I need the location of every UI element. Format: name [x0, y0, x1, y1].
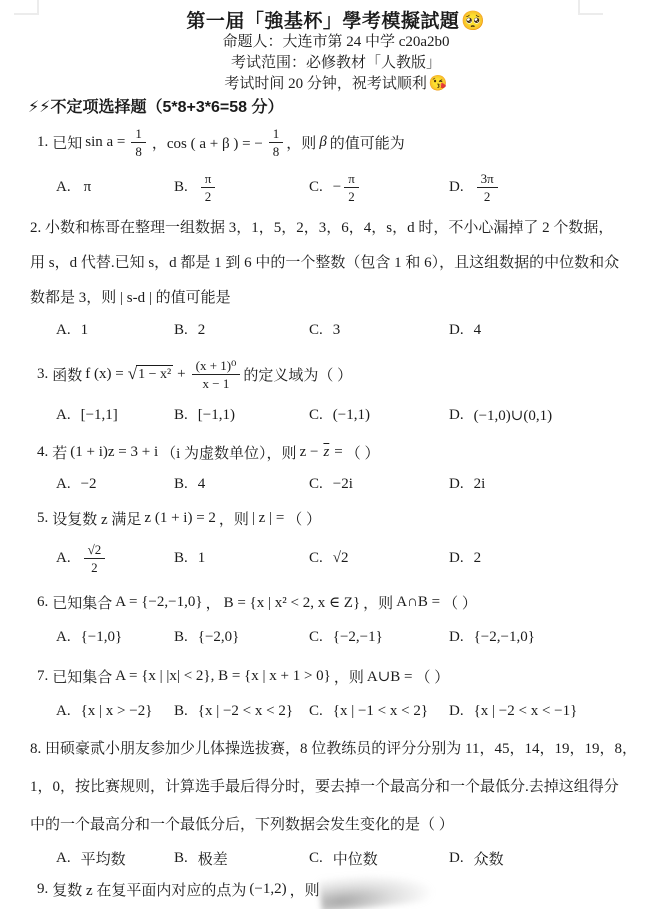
minus-sign: − [333, 179, 341, 196]
stem-text: 若 [52, 442, 67, 463]
option-value: {−2,−1} [333, 629, 383, 646]
fraction-numerator: 3π [477, 171, 498, 188]
stem-text: 已知集合 [52, 666, 112, 687]
fraction-numerator: √2 [84, 542, 106, 559]
option-label: D. [449, 703, 464, 720]
stem-text: 已知集合 [52, 592, 112, 613]
option-label: B. [174, 179, 188, 196]
question-4-stem: 4. 若 (1 + i)z = 3 + i （i 为虚数单位），则 z − z … [37, 434, 652, 470]
exam-title-text: 第一届「強基杯」學考模擬試題 [186, 11, 459, 32]
question-2-options: A.1 B.2 C.3 D.4 [56, 316, 672, 344]
fraction: 18 [269, 126, 284, 159]
stem-line: 2. 小数和栋哥在整理一组数据 3，1，5，2，3，6，4，s，d 时，不小心漏… [30, 211, 646, 246]
option-label: D. [449, 322, 464, 339]
question-2: 2. 小数和栋哥在整理一组数据 3，1，5，2，3，6，4，s，d 时，不小心漏… [0, 211, 672, 344]
pleading-face-emoji: 🥺 [461, 11, 485, 32]
option-c: C.√2 [309, 550, 449, 567]
option-a: A.平均数 [56, 848, 174, 869]
option-label: C. [309, 322, 323, 339]
option-d: D.2i [449, 476, 672, 493]
option-value: (−1,0)∪(0,1) [474, 406, 553, 425]
fraction-denominator: 2 [484, 188, 491, 204]
answer-parens: （ ） [443, 592, 477, 613]
option-a: A.π [56, 179, 174, 196]
stem-line: 1，0，按比赛规则，计算选手最后得分时，要去掉一个最高分和一个最低分.去掉这组得… [30, 768, 646, 806]
stem-line: 中的一个最高分和一个最低分后，下列数据会发生变化的是（ ） [30, 806, 646, 844]
option-value: {x | −1 < x < 2} [333, 703, 428, 720]
option-b: B.1 [174, 550, 309, 567]
option-value: {x | −2 < x < −1} [474, 703, 578, 720]
stem-text: ，则 [363, 592, 393, 613]
option-c: C.中位数 [309, 848, 449, 869]
option-value: π [84, 179, 92, 196]
beta-symbol: β [319, 134, 326, 151]
equals-sign: = [334, 444, 342, 461]
option-label: C. [309, 703, 323, 720]
option-label: B. [174, 322, 188, 339]
formula: z (1 + i) = 2 [144, 510, 215, 527]
option-value: √2 [333, 550, 349, 567]
exam-paper-page: 第一届「強基杯」學考模擬試題🥺 命题人：大连市第 24 中学 c20a2b0 考… [0, 0, 672, 909]
option-b: B.极差 [174, 848, 309, 869]
fraction-numerator: π [344, 171, 359, 188]
option-label: A. [56, 407, 71, 424]
option-value: 4 [198, 476, 206, 493]
question-number: 4. [37, 444, 48, 461]
stem-text: ，则 [290, 879, 320, 900]
option-value: 众数 [474, 848, 504, 869]
fraction: 3π2 [477, 171, 498, 204]
stem-text: ，则 [219, 508, 249, 529]
fraction-denominator: x − 1 [203, 375, 230, 391]
set-b-definition: B = {x | x² < 2, x ∈ Z} [224, 593, 361, 612]
stem-text: 的值可能为 [330, 132, 405, 153]
option-value: 中位数 [333, 848, 378, 869]
fraction: π2 [344, 171, 359, 204]
option-label: D. [449, 179, 464, 196]
z-conjugate: z [323, 444, 329, 461]
option-label: B. [174, 703, 188, 720]
question-6-options: A.{−1,0} B.{−2,0} C.{−2,−1} D.{−2,−1,0} [56, 622, 672, 652]
question-7: 7. 已知集合 A = {x | |x| < 2}, B = {x | x + … [0, 656, 672, 726]
option-label: D. [449, 629, 464, 646]
option-c: C.3 [309, 322, 449, 339]
lightning-bolts-icon: ⚡⚡ [28, 99, 50, 116]
fraction: √22 [84, 542, 106, 575]
option-a: A.−2 [56, 476, 174, 493]
option-b: B.4 [174, 476, 309, 493]
option-value: 1 [198, 550, 206, 567]
option-d: D.众数 [449, 848, 672, 869]
formula: z − [300, 444, 319, 461]
option-b: B.[−1,1) [174, 407, 309, 424]
question-7-options: A.{x | x > −2} B.{x | −2 < x < 2} C.{x |… [56, 696, 672, 726]
fraction: 18 [131, 126, 146, 159]
option-value: 极差 [198, 848, 228, 869]
stem-line: 数都是 3，则 | s-d | 的值可能是 [30, 281, 646, 316]
answer-parens: （ ） [346, 442, 380, 463]
plus-sign: + [177, 366, 185, 383]
question-number: 5. [37, 510, 48, 527]
question-5-stem: 5. 设复数 z 满足 z (1 + i) = 2 ，则 | z | = （ ） [37, 500, 652, 536]
option-c: C.(−1,1) [309, 407, 449, 424]
union-expression: A∪B = [367, 667, 413, 686]
option-a: A.√22 [56, 542, 174, 575]
stem-text: （i 为虚数单位），则 [161, 442, 296, 463]
separator: ， [206, 592, 221, 613]
option-a: A.{x | x > −2} [56, 703, 174, 720]
option-value: 4 [474, 322, 482, 339]
option-value: 3 [333, 322, 341, 339]
stem-text: 设复数 z 满足 [52, 508, 141, 529]
question-4: 4. 若 (1 + i)z = 3 + i （i 为虚数单位），则 z − z … [0, 434, 672, 498]
option-value: {−2,−1,0} [474, 629, 535, 646]
question-number: 1. [37, 134, 48, 151]
fraction-denominator: 2 [91, 559, 98, 575]
option-label: A. [56, 703, 71, 720]
option-value: 2i [474, 476, 486, 493]
option-label: B. [174, 476, 188, 493]
option-a: A.[−1,1] [56, 407, 174, 424]
option-label: B. [174, 407, 188, 424]
option-value: [−1,1] [81, 407, 118, 424]
question-3-stem: 3. 函数 f (x) = √1 − x² + (x + 1)⁰x − 1 的定… [37, 348, 652, 400]
stem-line: 8. 田硕豪贰小朋友参加少儿体操选拔赛，8 位教练员的评分分别为 11，45，1… [30, 730, 646, 768]
fraction-denominator: 2 [205, 188, 212, 204]
option-label: D. [449, 850, 464, 867]
answer-parens: （ ） [287, 508, 321, 529]
time-line-text: 考试时间 20 分钟，祝考试顺利 [224, 76, 427, 92]
option-label: A. [56, 322, 71, 339]
question-3: 3. 函数 f (x) = √1 − x² + (x + 1)⁰x − 1 的定… [0, 348, 672, 430]
option-b: B.{−2,0} [174, 629, 309, 646]
question-6: 6. 已知集合 A = {−2,−1,0} ， B = {x | x² < 2,… [0, 582, 672, 652]
question-5-options: A.√22 B.1 C.√2 D.2 [56, 536, 672, 580]
kissing-face-emoji: 😘 [429, 76, 448, 92]
answer-parens: （ ） [416, 666, 450, 687]
question-1: 1. 已知 sin a = 18 ，cos ( a + β ) = − 18 ，… [0, 119, 672, 209]
option-c: C.−2i [309, 476, 449, 493]
option-c: C.{−2,−1} [309, 629, 449, 646]
question-number: 9. [37, 881, 48, 898]
option-label: C. [309, 850, 323, 867]
option-value: (−1,1) [333, 407, 370, 424]
intersection-expression: A∩B = [396, 594, 440, 611]
option-d: D.(−1,0)∪(0,1) [449, 406, 672, 425]
option-c: C.{x | −1 < x < 2} [309, 703, 449, 720]
option-label: C. [309, 550, 323, 567]
question-4-options: A.−2 B.4 C.−2i D.2i [56, 470, 672, 498]
option-d: D.3π2 [449, 171, 672, 204]
option-label: C. [309, 407, 323, 424]
fraction-denominator: 8 [135, 143, 142, 159]
author-line: 命题人：大连市第 24 中学 c20a2b0 [0, 32, 672, 53]
option-label: A. [56, 850, 71, 867]
option-label: A. [56, 629, 71, 646]
square-root: √1 − x² [128, 365, 173, 383]
option-value: −2i [333, 476, 353, 493]
radicand: 1 − x² [136, 365, 173, 383]
stem-text: ，则 [286, 132, 316, 153]
fraction-numerator: π [201, 171, 216, 188]
stem-line: 用 s，d 代替.已知 s，d 都是 1 到 6 中的一个整数（包含 1 和 6… [30, 246, 646, 281]
option-a: A.{−1,0} [56, 629, 174, 646]
stem-text: ，则 [334, 666, 364, 687]
option-value: 1 [81, 322, 89, 339]
fraction-denominator: 8 [273, 143, 280, 159]
option-d: D.{x | −2 < x < −1} [449, 703, 672, 720]
formula-sin: sin a = [85, 134, 125, 151]
question-6-stem: 6. 已知集合 A = {−2,−1,0} ， B = {x | x² < 2,… [37, 582, 652, 622]
stem-text: 已知 [52, 132, 82, 153]
set-a-definition: A = {−2,−1,0} [115, 594, 202, 611]
point-coordinates: (−1,2) [249, 881, 286, 898]
option-label: D. [449, 407, 464, 424]
fraction-numerator: (x + 1)⁰ [192, 358, 241, 375]
option-label: B. [174, 550, 188, 567]
option-label: D. [449, 550, 464, 567]
option-value: {x | x > −2} [81, 703, 153, 720]
formula-cos: ，cos ( a + β ) = − [152, 132, 263, 153]
section-header: ⚡⚡不定项选择题（5*8+3*6=58 分） [26, 97, 672, 119]
option-label: A. [56, 550, 71, 567]
formula-fx: f (x) = [85, 366, 123, 383]
option-value: {−2,0} [198, 629, 240, 646]
option-value: −2 [81, 476, 97, 493]
option-value: [−1,1) [198, 407, 235, 424]
question-number: 7. [37, 668, 48, 685]
option-b: B.2 [174, 322, 309, 339]
option-label: C. [309, 476, 323, 493]
page-corner-mark-left [14, 0, 39, 15]
question-1-options: A.π B.π2 C.−π2 D.3π2 [56, 165, 672, 209]
question-1-stem: 1. 已知 sin a = 18 ，cos ( a + β ) = − 18 ，… [37, 119, 652, 165]
fraction-numerator: 1 [131, 126, 146, 143]
option-label: C. [309, 629, 323, 646]
question-number: 3. [37, 366, 48, 383]
option-a: A.1 [56, 322, 174, 339]
formula-modulus: | z | = [252, 510, 284, 527]
option-b: B.{x | −2 < x < 2} [174, 703, 309, 720]
option-label: A. [56, 476, 71, 493]
option-label: D. [449, 476, 464, 493]
question-3-options: A.[−1,1] B.[−1,1) C.(−1,1) D.(−1,0)∪(0,1… [56, 400, 672, 430]
question-7-stem: 7. 已知集合 A = {x | |x| < 2}, B = {x | x + … [37, 656, 652, 696]
fraction-denominator: 2 [348, 188, 355, 204]
option-d: D.4 [449, 322, 672, 339]
sets-definition: A = {x | |x| < 2}, B = {x | x + 1 > 0} [115, 668, 331, 685]
question-2-stem: 2. 小数和栋哥在整理一组数据 3，1，5，2，3，6，4，s，d 时，不小心漏… [30, 211, 646, 316]
stem-text: 的定义域为（ ） [243, 364, 352, 385]
formula: (1 + i)z = 3 + i [70, 444, 158, 461]
fraction: (x + 1)⁰x − 1 [192, 358, 241, 391]
fraction: π2 [201, 171, 216, 204]
stem-text: 函数 [52, 364, 82, 385]
question-5: 5. 设复数 z 满足 z (1 + i) = 2 ，则 | z | = （ ）… [0, 500, 672, 580]
option-d: D.2 [449, 550, 672, 567]
question-8-options: A.平均数 B.极差 C.中位数 D.众数 [56, 844, 672, 872]
question-8: 8. 田硕豪贰小朋友参加少儿体操选拔赛，8 位教练员的评分分别为 11，45，1… [0, 730, 672, 872]
option-c: C.−π2 [309, 171, 449, 204]
option-value: {x | −2 < x < 2} [198, 703, 293, 720]
option-label: A. [56, 179, 71, 196]
page-corner-mark-right [578, 0, 603, 15]
option-label: C. [309, 179, 323, 196]
option-label: B. [174, 850, 188, 867]
stem-text: 复数 z 在复平面内对应的点为 [52, 879, 246, 900]
option-b: B.π2 [174, 171, 309, 204]
question-number: 6. [37, 594, 48, 611]
option-value: {−1,0} [81, 629, 123, 646]
exam-title: 第一届「強基杯」學考模擬試題🥺 [0, 0, 672, 32]
option-value: 2 [198, 322, 206, 339]
option-d: D.{−2,−1,0} [449, 629, 672, 646]
scope-line: 考试范围：必修教材「人教版」 [0, 53, 672, 74]
time-line: 考试时间 20 分钟，祝考试顺利😘 [0, 74, 672, 95]
option-label: B. [174, 629, 188, 646]
question-8-stem: 8. 田硕豪贰小朋友参加少儿体操选拔赛，8 位教练员的评分分别为 11，45，1… [30, 730, 646, 844]
section-title: 不定项选择题（5*8+3*6=58 分） [50, 99, 283, 116]
option-value: 平均数 [81, 848, 126, 869]
option-value: 2 [474, 550, 482, 567]
fraction-numerator: 1 [269, 126, 284, 143]
